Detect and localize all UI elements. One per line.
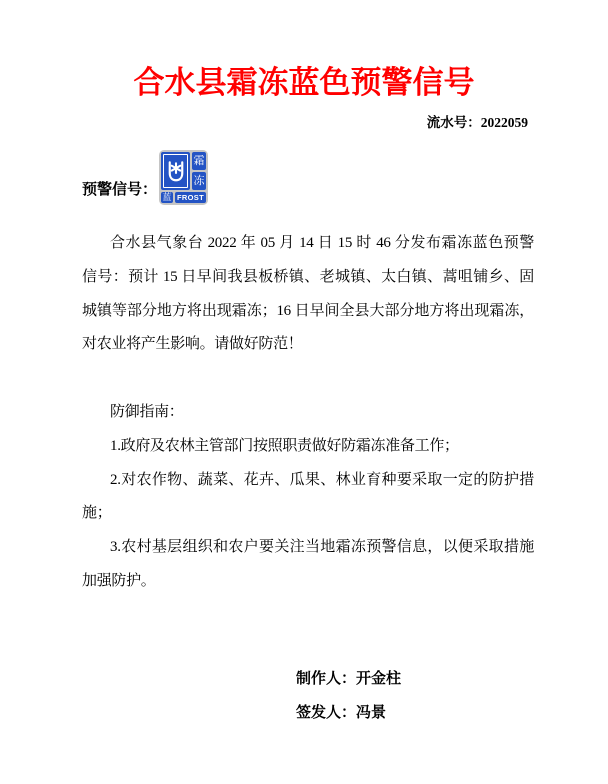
page-title: 合水县霜冻蓝色预警信号 bbox=[0, 64, 608, 102]
warning-level-blue-badge: 蓝 bbox=[161, 192, 173, 203]
frost-char-dong: 冻 bbox=[192, 172, 206, 190]
maker-line: 制作人：开金柱 bbox=[296, 662, 401, 696]
maker-name: 开金柱 bbox=[356, 671, 401, 687]
defense-guide-heading: 防御指南： bbox=[82, 396, 534, 430]
serial-label: 流水号： bbox=[427, 115, 481, 130]
guide-item: 2.对农作物、蔬菜、花卉、瓜果、林业育种要采取一定的防护措 bbox=[82, 464, 534, 498]
warning-signal-row: 预警信号： 霜 冻 蓝 FROST bbox=[82, 150, 208, 205]
guide-item: 3.农村基层组织和农户要关注当地霜冻预警信息，以便采取措施 bbox=[82, 531, 534, 565]
defense-guide-section: 防御指南： 1.政府及农林主管部门按照职责做好防霜冻准备工作； 2.对农作物、蔬… bbox=[82, 396, 534, 599]
guide-item: 加强防护。 bbox=[82, 565, 534, 599]
signature-block: 制作人：开金柱 签发人：冯景 bbox=[296, 662, 401, 730]
frost-char-shuang: 霜 bbox=[192, 152, 206, 170]
warning-document-page: 合水县霜冻蓝色预警信号 流水号：2022059 预警信号： 霜 冻 bbox=[0, 0, 608, 784]
frost-latin-label: FROST bbox=[175, 192, 206, 203]
announcement-line: 信号：预计 15 日早间我县板桥镇、老城镇、太白镇、蒿咀铺乡、固 bbox=[82, 261, 534, 295]
warning-icon-bottom-row: 蓝 FROST bbox=[161, 192, 206, 203]
warning-icon-hanzi-column: 霜 冻 bbox=[192, 152, 206, 190]
warning-icon-top-row: 霜 冻 bbox=[161, 152, 206, 190]
serial-number: 流水号：2022059 bbox=[427, 114, 528, 131]
guide-item: 施； bbox=[82, 497, 534, 531]
announcement-line: 合水县气象台 2022 年 05 月 14 日 15 时 46 分发布霜冻蓝色预… bbox=[82, 227, 534, 261]
issuer-name: 冯景 bbox=[356, 705, 386, 721]
serial-value: 2022059 bbox=[481, 115, 528, 130]
issuer-line: 签发人：冯景 bbox=[296, 696, 401, 730]
frost-symbol-icon bbox=[161, 152, 190, 190]
signal-label: 预警信号： bbox=[82, 178, 159, 205]
frost-symbol-frame bbox=[163, 154, 188, 188]
guide-item: 1.政府及农林主管部门按照职责做好防霜冻准备工作； bbox=[82, 430, 534, 464]
announcement-line: 城镇等部分地方将出现霜冻；16 日早间全县大部分地方将出现霜冻， bbox=[82, 295, 534, 329]
maker-label: 制作人： bbox=[296, 671, 356, 687]
frost-blue-warning-icon: 霜 冻 蓝 FROST bbox=[159, 150, 208, 205]
announcement-paragraph: 合水县气象台 2022 年 05 月 14 日 15 时 46 分发布霜冻蓝色预… bbox=[82, 227, 534, 362]
announcement-line: 对农业将产生影响。请做好防范！ bbox=[82, 328, 534, 362]
issuer-label: 签发人： bbox=[296, 705, 356, 721]
